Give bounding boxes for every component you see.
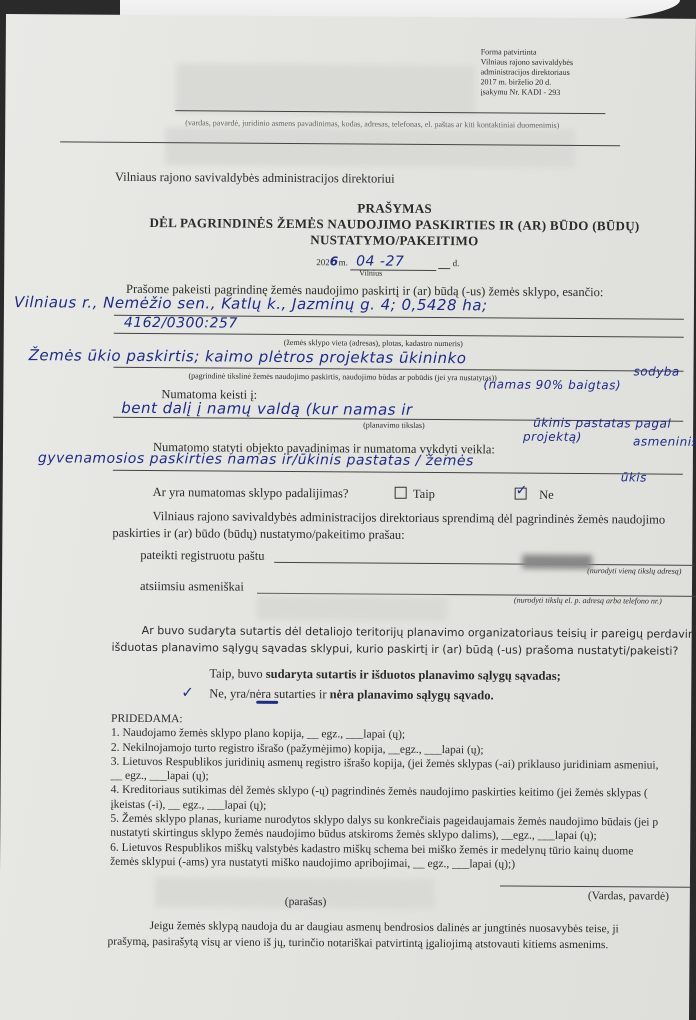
option-post-caption: (nurodyti vieną tikslų adresą) — [587, 566, 681, 576]
checkbox-yes[interactable] — [395, 487, 407, 499]
approval-line: Vilniaus rajono savivaldybės — [481, 57, 573, 68]
option-post-line[interactable] — [274, 562, 694, 566]
redacted-personal-contact — [257, 596, 447, 621]
form-title: PRAŠYMAS DĖL PAGRINDINĖS ŽEMĖS NAUDOJIMO… — [144, 199, 644, 250]
purpose-caption: (pagrindinė tikslinė žemės naudojimo pas… — [188, 371, 496, 382]
change-handwritten: bent dalį į namų valdą (kur namas ir — [121, 399, 412, 419]
purpose-note-handwritten-2: (namas 90% baigtas) — [483, 377, 621, 392]
date-year-prefix: 202 — [316, 257, 330, 267]
attachments-list: PRIDEDAMA: 1. Naudojamo žemės sklypo pla… — [110, 712, 659, 873]
approval-line: Forma patvirtinta — [481, 47, 573, 58]
option-no-label: Ne — [539, 488, 554, 502]
underline-mark — [256, 701, 278, 704]
object-line — [113, 470, 683, 475]
approval-note: Forma patvirtinta Vilniaus rajono saviva… — [480, 47, 573, 98]
option-personal-label: atsiimsiu asmeniškai — [140, 579, 244, 595]
date-m-label: m. — [339, 257, 348, 267]
date-field[interactable]: 2026m. 04 -27 d. — [316, 253, 459, 271]
footer-note-1: Jeigu žemės sklypą naudoja du ar daugiau… — [150, 920, 619, 935]
redacted-applicant-info-2 — [165, 127, 575, 168]
option-yes-label: Taip — [413, 487, 435, 501]
location-caption: (žemės sklypo vieta (adresas), plotas, k… — [284, 338, 463, 348]
decision-text-2: paskirties ir (ar) būdo (būdų) nustatymo… — [112, 526, 404, 543]
change-handwritten-3: projektą) — [523, 430, 582, 444]
purpose-handwritten: Žemės ūkio paskirtis; kaimo plėtros proj… — [29, 346, 467, 367]
contract-option-no[interactable]: Ne, yra/nėra sutarties ir nėra planavimo… — [209, 686, 493, 703]
contract-question-2: išduotas planavimo sąlygų sąvadas sklypu… — [112, 641, 679, 658]
addressee: Vilniaus rajono savivaldybės administrac… — [115, 170, 395, 187]
name-caption: (Vardas, pavardė) — [588, 890, 669, 903]
checkbox-no-checked[interactable] — [515, 488, 527, 500]
approval-line: administracijos direktoriaus — [481, 67, 573, 78]
redacted-post-address — [522, 555, 592, 569]
check-mark-icon: ✓ — [181, 683, 194, 701]
division-question: Ar yra numatomas sklypo padalijimas? — [153, 485, 349, 501]
option-personal-caption: (nurodyti tikslų el. p. adresą arba tele… — [514, 596, 662, 606]
change-caption: (planavimo tikslas) — [363, 421, 425, 430]
object-note-handwritten: asmeninis — [633, 434, 696, 448]
approval-line: 2017 m. birželio 20 d. — [480, 77, 572, 88]
name-line[interactable] — [500, 885, 690, 887]
division-option-yes[interactable]: Taip — [395, 487, 435, 502]
form-page: Forma patvirtinta Vilniaus rajono saviva… — [0, 14, 696, 1020]
approval-line: įsakymu Nr. KADI - 293 — [480, 87, 572, 98]
contract-no-bold: nėra planavimo sąlygų sąvado. — [330, 687, 494, 702]
purpose-note-handwritten: sodyba — [633, 364, 679, 378]
decision-text-1: Vilniaus rajono savivaldybės administrac… — [152, 509, 665, 528]
contract-yes-plain: Taip, buvo — [209, 666, 266, 680]
footer-note-2: prašymą, pasirašytą visų ar vieno iš jų,… — [107, 936, 608, 951]
change-handwritten-2: ūkinis pastatas pagal — [533, 416, 671, 431]
cadastral-number-handwritten: 4162/0300:257 — [124, 315, 238, 332]
object-handwritten-2: ūkis — [621, 470, 647, 484]
signature-caption: (parašas) — [285, 896, 327, 908]
location-handwritten: Vilniaus r., Nemėžio sen., Katlų k., Jaz… — [14, 293, 488, 314]
division-option-no[interactable]: Ne — [515, 488, 554, 503]
date-d-label: d. — [453, 258, 460, 268]
option-post-label: pateikti registruotu paštu — [140, 548, 264, 564]
redacted-applicant-info — [175, 63, 475, 115]
date-place: Vilnius — [359, 268, 382, 277]
contract-question-1: Ar buvo sudaryta sutartis dėl detaliojo … — [142, 624, 696, 641]
location-line-2 — [114, 333, 684, 338]
contract-option-yes[interactable]: Taip, buvo sudaryta sutartis ir išduotos… — [209, 666, 560, 683]
object-handwritten: gyvenamosios paskirties namas ir/ūkinis … — [38, 450, 474, 469]
contract-no-plain: Ne, yra/nėra sutarties ir — [209, 686, 330, 701]
contract-yes-bold: sudaryta sutartis ir išduotos planavimo … — [266, 667, 561, 683]
